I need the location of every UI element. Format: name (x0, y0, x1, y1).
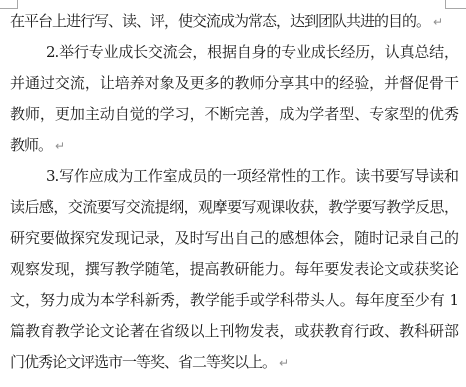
text-line: 3.写作应成为工作室成员的一项经常性的工作。读书要写导读和 (10, 161, 458, 192)
paragraph-return-mark: ↵ (433, 15, 443, 29)
text-line-content: 观察发现，撰写教学随笔，提高教研能力。每年要发表论文或获奖论 (10, 260, 458, 278)
text-line-content: 教师。 (10, 136, 52, 154)
text-line-content: 研究要做探究发现记录，及时写出自己的感想体会，随时记录自己的 (10, 229, 458, 247)
text-line-content: 并通过交流，让培养对象及更多的教师分享其中的经验，并督促骨干 (10, 74, 458, 92)
text-line-content: 2.举行专业成长交流会，根据自身的专业成长经历，认真总结， (46, 43, 458, 61)
paragraph-return-mark: ↵ (279, 356, 289, 370)
text-line: 研究要做探究发现记录，及时写出自己的感想体会，随时记录自己的 (10, 223, 458, 254)
text-line-content: 3.写作应成为工作室成员的一项经常性的工作。读书要写导读和 (46, 167, 458, 185)
text-line: 在平台上进行写、读、评，使交流成为常态，达到团队共进的目的。↵ (10, 6, 458, 37)
document-body: 在平台上进行写、读、评，使交流成为常态，达到团队共进的目的。↵2.举行专业成长交… (10, 6, 458, 378)
text-line-content: 门优秀论文评选市一等奖、省二等奖以上。 (10, 353, 276, 371)
text-line: 文，努力成为本学科新秀，教学能手或学科带头人。每年度至少有 1 (10, 285, 458, 316)
text-line-content: 教师，更加主动自觉的学习，不断完善，成为学者型、专家型的优秀 (10, 105, 458, 123)
text-line: 并通过交流，让培养对象及更多的教师分享其中的经验，并督促骨干 (10, 68, 458, 99)
text-line-content: 文，努力成为本学科新秀，教学能手或学科带头人。每年度至少有 1 (10, 291, 458, 309)
document-page: 在平台上进行写、读、评，使交流成为常态，达到团队共进的目的。↵2.举行专业成长交… (0, 0, 466, 387)
text-line: 教师，更加主动自觉的学习，不断完善，成为学者型、专家型的优秀 (10, 99, 458, 130)
text-line: 门优秀论文评选市一等奖、省二等奖以上。↵ (10, 347, 458, 378)
paragraph-return-mark: ↵ (55, 139, 65, 153)
text-line: 教师。↵ (10, 130, 458, 161)
text-line: 2.举行专业成长交流会，根据自身的专业成长经历，认真总结， (10, 37, 458, 68)
text-line-content: 篇教育教学论文论著在省级以上刊物发表，或获教育行政、教科研部 (10, 322, 458, 340)
text-line: 篇教育教学论文论著在省级以上刊物发表，或获教育行政、教科研部 (10, 316, 458, 347)
text-line-content: 在平台上进行写、读、评，使交流成为常态，达到团队共进的目的。 (10, 12, 430, 30)
text-line: 读后感，交流要写交流提纲，观摩要写观课收获，教学要写教学反思， (10, 192, 458, 223)
text-line-content: 读后感，交流要写交流提纲，观摩要写观课收获，教学要写教学反思， (10, 198, 458, 216)
text-line: 观察发现，撰写教学随笔，提高教研能力。每年要发表论文或获奖论 (10, 254, 458, 285)
